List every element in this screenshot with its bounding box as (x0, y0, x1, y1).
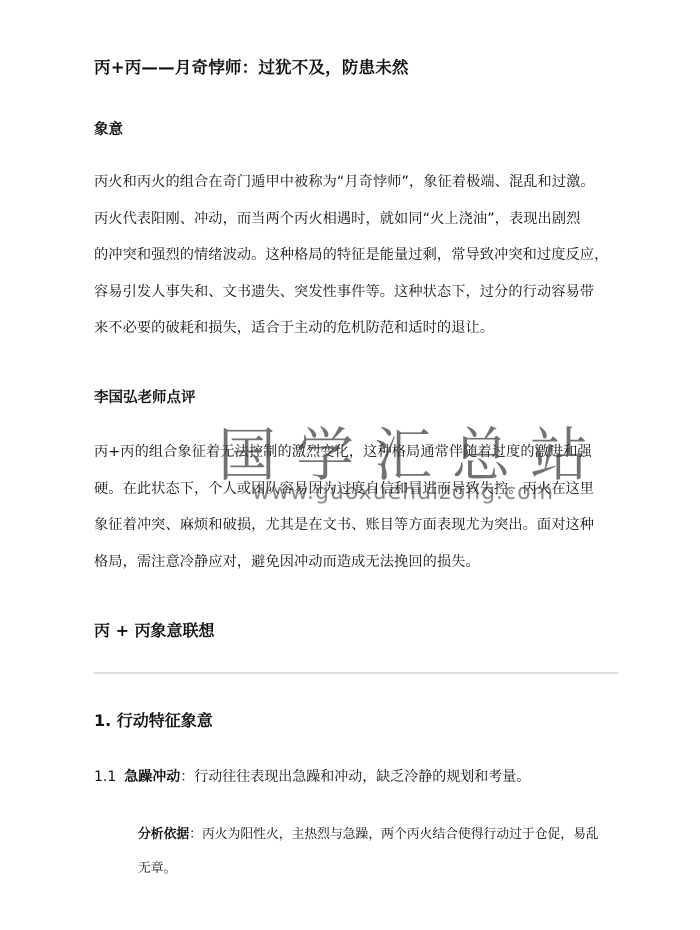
heading-association: 丙 + 丙象意联想 (94, 618, 215, 641)
analysis-text: ：丙火为阳性火，主热烈与急躁，两个丙火结合使得行动过于仓促，易乱 (189, 827, 599, 842)
paragraph-line: 的冲突和强烈的情绪波动。这种格局的特征是能量过剩，常导致冲突和过度反应， (94, 237, 634, 274)
subheading-action: 1. 行动特征象意 (94, 708, 213, 731)
document-title: 丙+丙——月奇悖师：过犹不及，防患未然 (94, 54, 409, 78)
paragraph-line: 丙火代表阳刚、冲动，而当两个丙火相遇时，就如同“火上浇油”，表现出剧烈 (94, 201, 634, 238)
item-keyword: 急躁冲动 (124, 769, 180, 785)
item-text: ：行动往往表现出急躁和冲动，缺乏冷静的规划和考量。 (180, 769, 530, 785)
horizontal-divider (94, 672, 618, 674)
list-item-1-1: 1.1急躁冲动：行动往往表现出急躁和冲动，缺乏冷静的规划和考量。 (94, 766, 530, 786)
item-number: 1.1 (94, 769, 116, 785)
paragraph-line: 丙火和丙火的组合在奇门遁甲中被称为“月奇悖师”，象征着极端、混乱和过激。 (94, 164, 634, 201)
analysis-block: 分析依据：丙火为阳性火，主热烈与急躁，两个丙火结合使得行动过于仓促，易乱 无章。 (138, 818, 638, 886)
heading-image: 象意 (94, 118, 123, 139)
paragraph-line: 来不必要的破耗和损失，适合于主动的危机防范和适时的退让。 (94, 310, 634, 347)
analysis-label: 分析依据 (138, 827, 189, 842)
analysis-line: 无章。 (138, 852, 638, 886)
paragraph-line: 容易引发人事失和、文书遗失、突发性事件等。这种状态下，过分的行动容易带 (94, 274, 634, 311)
paragraph-image: 丙火和丙火的组合在奇门遁甲中被称为“月奇悖师”，象征着极端、混乱和过激。 丙火代… (94, 164, 634, 347)
paragraph-line: 格局，需注意冷静应对，避免因冲动而造成无法挽回的损失。 (94, 544, 634, 581)
document-page: 丙+丙——月奇悖师：过犹不及，防患未然 象意 丙火和丙火的组合在奇门遁甲中被称为… (0, 0, 700, 930)
watermark-url: www.guoxuehuizong.com (252, 480, 554, 505)
heading-comment: 李国弘老师点评 (94, 386, 196, 407)
paragraph-line: 象征着冲突、麻烦和破损，尤其是在文书、账目等方面表现尤为突出。面对这种 (94, 507, 634, 544)
analysis-line: 分析依据：丙火为阳性火，主热烈与急躁，两个丙火结合使得行动过于仓促，易乱 (138, 818, 638, 852)
